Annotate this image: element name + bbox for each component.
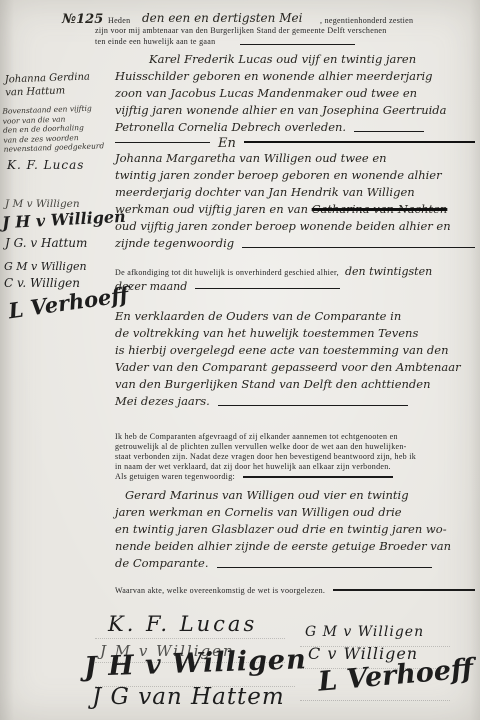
bride-paragraph: Johanna Margaretha van Willigen oud twee… [115,150,475,252]
groom-line: Karel Frederik Lucas oud vijf en twintig… [115,51,475,68]
witness-line: de Comparante. [115,555,209,572]
margin-approval-note: Bovenstaand een vijftig voor van die van… [2,103,104,154]
groom-line-last: Petronella Cornelia Debrech overleden. [115,119,475,136]
signature-jg-van-hattem: J G van Hattem [92,684,285,710]
margin-correction-name: Johanna Gerdina van Hattum [5,71,91,100]
separator-word: En [218,136,236,151]
bride-line-struck: werkman oud vijftig jaren en van Cathari… [115,201,475,218]
header-heden: Heden [108,16,130,25]
witness-line: Gerard Marinus van Willigen oud vier en … [115,487,475,504]
signature-guide-line [95,638,285,639]
consent-line-last: Mei dezes jaars. [115,393,475,410]
rule-after-closing [333,589,475,591]
banns-handwritten-1: den twintigsten [345,265,432,278]
signature-jh-v-willigen: J H v Willigen [84,644,308,683]
vows-line-last: Als getuigen waren tegenwoordig: [115,472,475,482]
consent-line: van den Burgerlijken Stand van Delft den… [115,376,475,393]
rule-after-bride [242,247,475,248]
groom-line: zoon van Jacobus Lucas Mandenmaker oud t… [115,85,475,102]
vows-paragraph: Ik heb de Comparanten afgevraagd of zij … [115,432,475,482]
margin-signature-jm-v-willigen: J M v Willigen [5,198,80,210]
margin-signature-kf-lucas: K. F. Lucas [7,158,84,172]
struck-mother-name: Catharina van Nachten [312,202,448,216]
signature-kf-lucas: K. F. Lucas [108,612,257,636]
margin-signature-jg-v-hattum: J G. v Hattum [5,236,87,250]
header-year: , negentienhonderd zestien [320,16,413,25]
margin-signature-jh-v-willigen: J H v Willigen [2,207,127,232]
margin-signature-c-v-willigen: C v. Willigen [4,276,80,290]
margin-correction-line: van Hattum [5,84,91,100]
vows-line: Als getuigen waren tegenwoordig: [115,472,235,482]
witness-line: nende beiden alhier zijnde de eerste get… [115,538,475,555]
consent-paragraph: En verklaarden de Ouders van de Comparan… [115,308,475,410]
witness-line: en twintig jaren Glasblazer oud drie en … [115,521,475,538]
rule-after-witnesses [217,567,432,568]
margin-signature-gm-v-willigen: G M v Willigen [4,260,87,273]
consent-line: Mei dezes jaars. [115,393,210,410]
closing-text: Waarvan akte, welke overeenkomstig de we… [115,586,325,595]
consent-line: En verklaarden de Ouders van de Comparan… [115,308,475,325]
signature-guide-line [300,700,450,701]
groom-line: Huisschilder geboren en wonende alhier m… [115,68,475,85]
banns-paragraph: De afkondiging tot dit huwelijk is onver… [115,265,475,293]
witness-line: jaren werkman en Cornelis van Willigen o… [115,504,475,521]
header-rule [240,44,355,45]
bride-line: oud vijftig jaren zonder beroep wonende … [115,218,475,235]
separator-rule-right [244,141,475,143]
bride-line-last: zijnde tegenwoordig [115,235,475,252]
witness-line-last: de Comparante. [115,555,475,572]
banns-printed: De afkondiging tot dit huwelijk is onver… [115,268,339,277]
bride-line: werkman oud vijftig jaren en van [115,202,312,216]
consent-line: is hierbij overgelegd eene acte van toes… [115,342,475,359]
witnesses-paragraph: Gerard Marinus van Willigen oud vier en … [115,487,475,572]
header-handwritten-date: den een en dertigsten Mei [142,11,302,25]
bride-line: twintig jaren zonder beroep geboren en w… [115,167,475,184]
marriage-act-scan: №125 Heden den een en dertigsten Mei , n… [0,0,480,720]
separator-rule-left [115,142,210,143]
consent-line: Vader van den Comparant gepasseerd voor … [115,359,475,376]
header-line3: ten einde een huwelijk aan te gaan [95,37,215,46]
vows-line: getrouwelijk al de plichten zullen vervu… [115,442,475,452]
vows-line: in naam der wet verklaard, dat zij door … [115,462,475,472]
groom-paragraph: Karel Frederik Lucas oud vijf en twintig… [115,51,475,136]
bride-line: meerderjarig dochter van Jan Hendrik van… [115,184,475,201]
rule-after-banns [195,288,340,289]
vows-line: Ik heb de Comparanten afgevraagd of zij … [115,432,475,442]
act-number: №125 [62,12,103,27]
bride-line: zijnde tegenwoordig [115,235,234,252]
consent-line: de voltrekking van het huwelijk toestemm… [115,325,475,342]
bride-line: Johanna Margaretha van Willigen oud twee… [115,150,475,167]
groom-line: vijftig jaren wonende alhier en van Jose… [115,102,475,119]
rule-after-vows [243,476,393,478]
signature-gm-v-willigen: G M v Willigen [305,624,424,640]
en-separator: En [115,136,475,151]
closing-line: Waarvan akte, welke overeenkomstig de we… [115,586,475,595]
rule-after-groom [354,131,424,132]
rule-after-consent [218,405,408,406]
header-line2: zijn voor mij ambtenaar van den Burgerli… [95,26,387,35]
vows-line: staat verbonden zijn. Nadat deze vragen … [115,452,475,462]
groom-line: Petronella Cornelia Debrech overleden. [115,119,346,136]
